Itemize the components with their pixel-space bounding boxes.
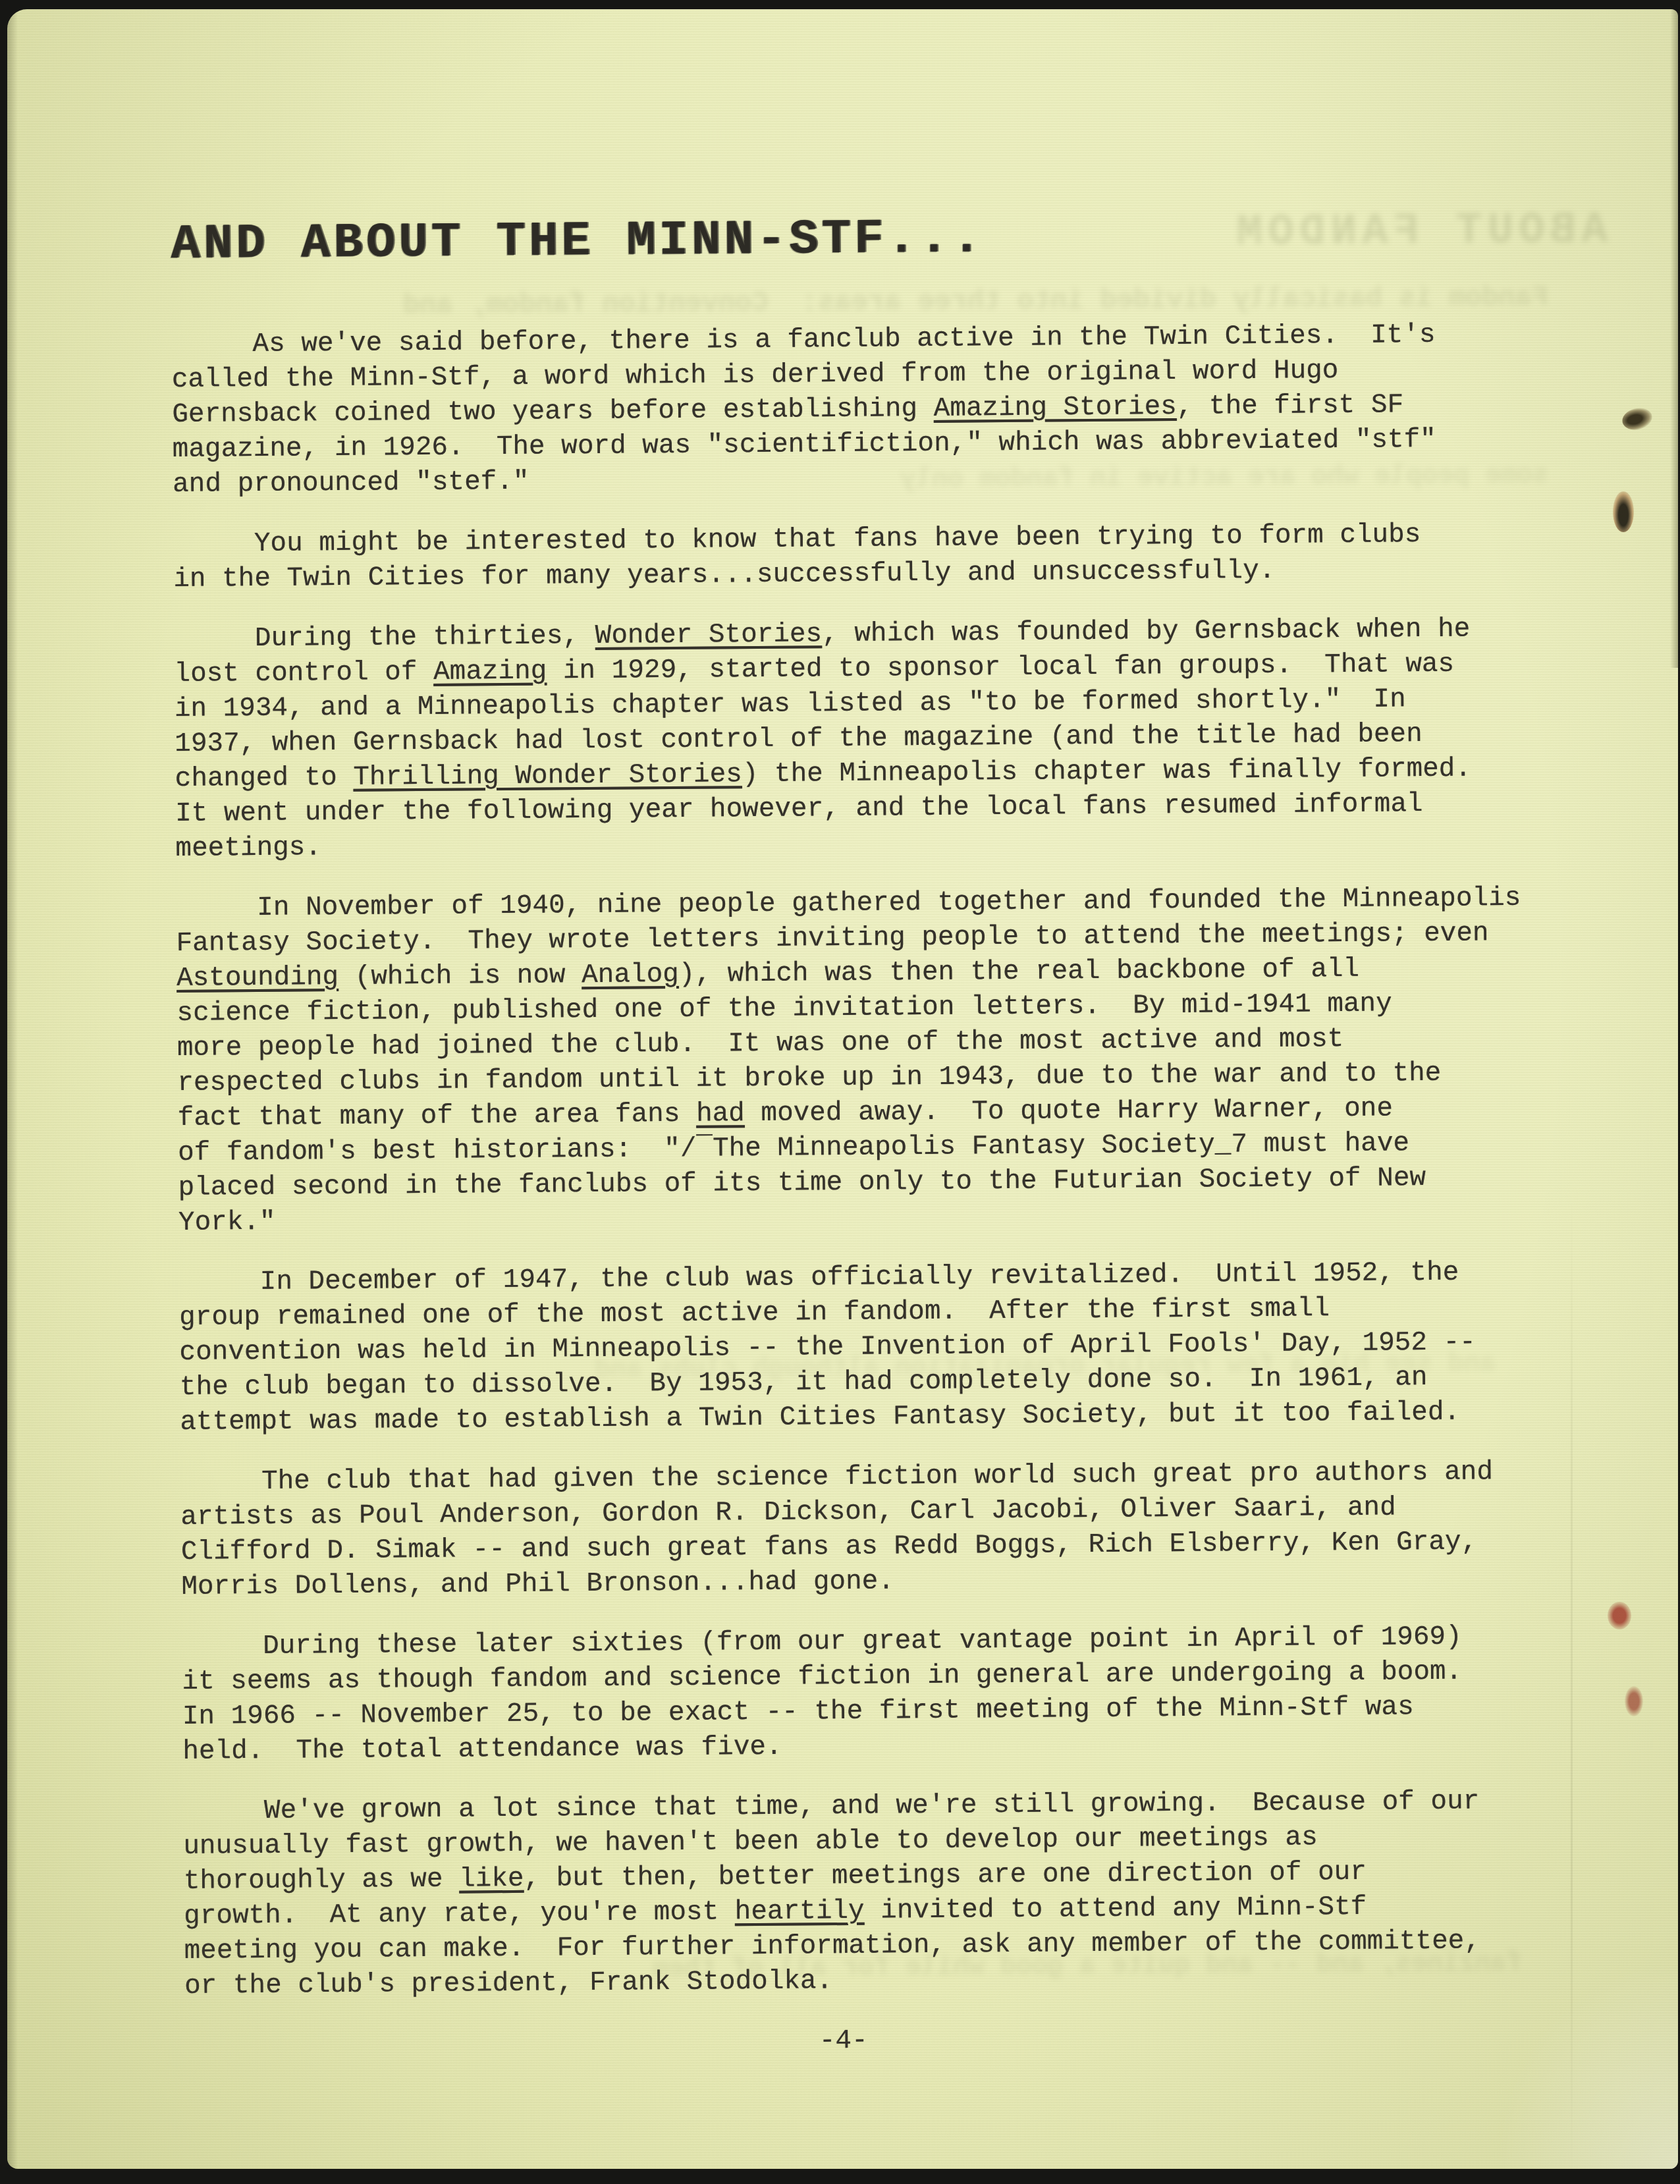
paragraph: In December of 1947, the club was offici…	[179, 1255, 1623, 1440]
paragraph: During the thirties, Wonder Stories, whi…	[174, 611, 1618, 867]
typed-text-block: AND ABOUT THE MINN-STF... As we've said …	[171, 206, 1627, 2064]
underlined-text: Wonder Stories	[595, 619, 823, 651]
underlined-text: heartily	[735, 1896, 865, 1928]
page-title: AND ABOUT THE MINN-STF...	[171, 206, 1613, 273]
red-pen-mark	[1625, 1686, 1643, 1716]
paper-edge-shadow-right	[1670, 9, 1678, 668]
scanned-paper-sheet: ABOUT FANDOM Fandom is basically divided…	[7, 9, 1678, 2169]
underlined-text: had	[696, 1099, 745, 1130]
paper-corner-fold	[1480, 1945, 1678, 2169]
paragraph: We've grown a lot since that time, and w…	[183, 1784, 1627, 2004]
ink-blemish	[1613, 491, 1634, 532]
paper-edge-shadow-left	[7, 9, 18, 2169]
paragraph: As we've said before, there is a fanclub…	[171, 317, 1615, 503]
paragraph: The club that had given the science fict…	[180, 1454, 1624, 1605]
ink-blemish	[1620, 405, 1654, 433]
paragraph: During these later sixties (from our gre…	[182, 1619, 1625, 1770]
paragraph: In November of 1940, nine people gathere…	[176, 881, 1621, 1241]
underlined-text: Amazing Stories	[934, 392, 1177, 424]
page-number: -4-	[185, 2019, 1502, 2064]
underlined-text: Analog	[582, 960, 679, 991]
underlined-text: Astounding	[176, 962, 339, 994]
underlined-text: like	[459, 1864, 524, 1895]
body-text: As we've said before, there is a fanclub…	[171, 317, 1627, 2004]
underlined-text: Amazing	[433, 657, 547, 688]
paragraph: You might be interested to know that fan…	[173, 516, 1616, 597]
underlined-text: Thrilling Wonder Stories	[353, 759, 742, 793]
